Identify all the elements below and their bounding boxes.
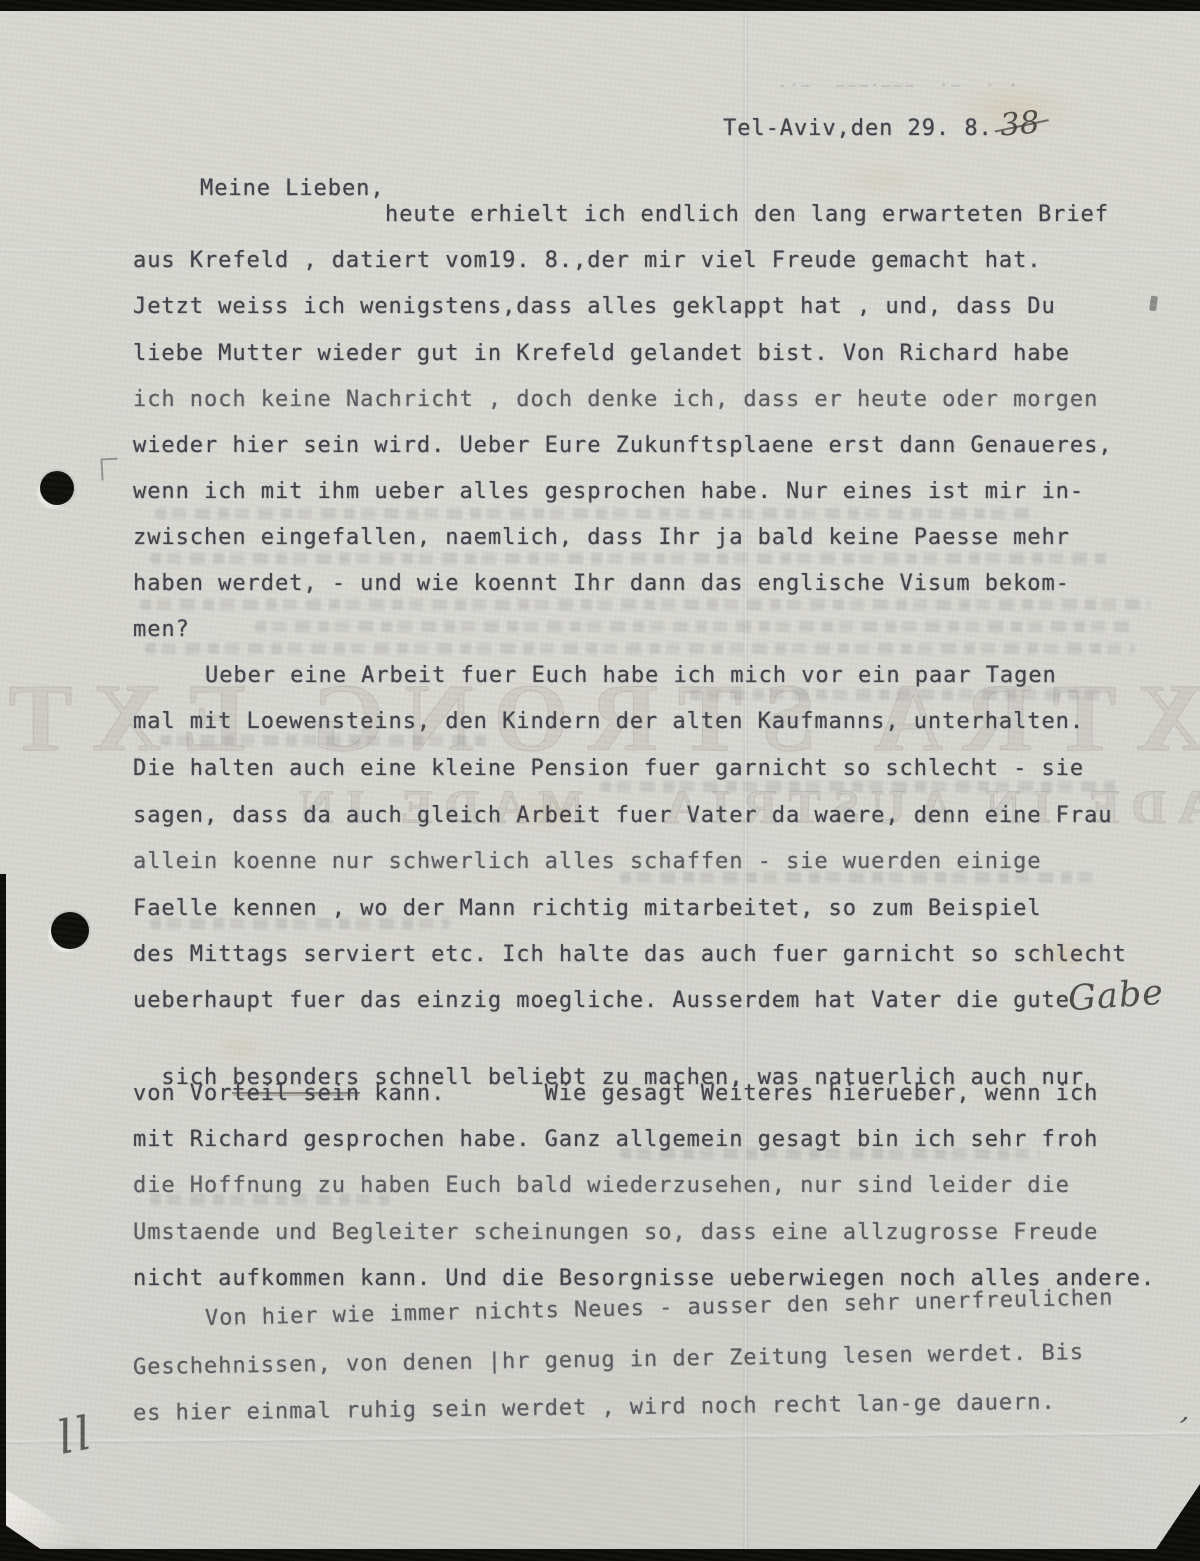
letter-line: zwischen eingefallen, naemlich, dass Ihr…: [133, 523, 1070, 553]
letter-line: Jetzt weiss ich wenigstens,dass alles ge…: [133, 292, 1056, 322]
pencil-corner-mark: [100, 458, 118, 481]
salutation: Meine Lieben,: [200, 174, 385, 204]
bleed-through-line: [150, 553, 1110, 564]
letter-line: men?: [133, 615, 190, 645]
letter-line: mal mit Loewensteins, den Kindern der al…: [133, 707, 1084, 737]
bleed-through-line: [255, 621, 1135, 632]
letter-line: wieder hier sein wird. Ueber Eure Zukunf…: [133, 431, 1112, 461]
bleed-through-line: [145, 643, 1135, 654]
letter-line: sagen, dass da auch gleich Arbeit fuer V…: [133, 801, 1112, 831]
letter-line: Ueber eine Arbeit fuer Euch habe ich mic…: [205, 661, 1057, 691]
handwritten-word-gabe: Gabe: [1067, 973, 1166, 1020]
letter-line: ueberhaupt fuer das einzig moegliche. Au…: [133, 986, 1070, 1016]
erased-text-line: -·– ——–·—–– ·– · ·: [778, 76, 1020, 94]
letter-line: von Vorteil sein kann. Wie gesagt Weiter…: [133, 1079, 1098, 1109]
letter-line: liebe Mutter wieder gut in Krefeld gelan…: [133, 339, 1070, 369]
letter-line: aus Krefeld , datiert vom19. 8.,der mir …: [133, 246, 1042, 276]
letter-line: Umstaende und Begleiter scheinungen so, …: [133, 1218, 1098, 1248]
letter-line: heute erhielt ich endlich den lang erwar…: [385, 200, 1109, 230]
letter-line: ich noch keine Nachricht , doch denke ic…: [133, 385, 1098, 415]
punch-hole: [40, 471, 74, 505]
letter-line: haben werdet, - und wie koennt Ihr dann …: [133, 569, 1070, 599]
letter-line: Faelle kennen , wo der Mann richtig mita…: [133, 894, 1042, 924]
handwritten-year: 38: [999, 104, 1041, 143]
letter-line: die Hoffnung zu haben Euch bald wiederzu…: [133, 1171, 1070, 1201]
letter-line: Die halten auch eine kleine Pension fuer…: [133, 754, 1084, 784]
scan-edge-top: [0, 0, 1200, 11]
punch-hole: [51, 912, 89, 949]
scan-edge-left: [0, 874, 6, 1561]
letter-line: mit Richard gesprochen habe. Ganz allgem…: [133, 1125, 1098, 1155]
letter-line: allein koenne nur schwerlich alles schaf…: [133, 847, 1042, 877]
scan-edge-bottom: [0, 1549, 1200, 1561]
letter-line: des Mittags serviert etc. Ich halte das …: [133, 940, 1127, 970]
scanned-letter-page: { "document": { "kind": "typewritten-let…: [0, 0, 1200, 1561]
bleed-through-line: [140, 599, 1150, 610]
date-line: Tel-Aviv,den 29. 8.: [723, 114, 993, 144]
bleed-through-line: [155, 508, 1035, 519]
letter-line: wenn ich mit ihm ueber alles gesprochen …: [133, 477, 1084, 507]
